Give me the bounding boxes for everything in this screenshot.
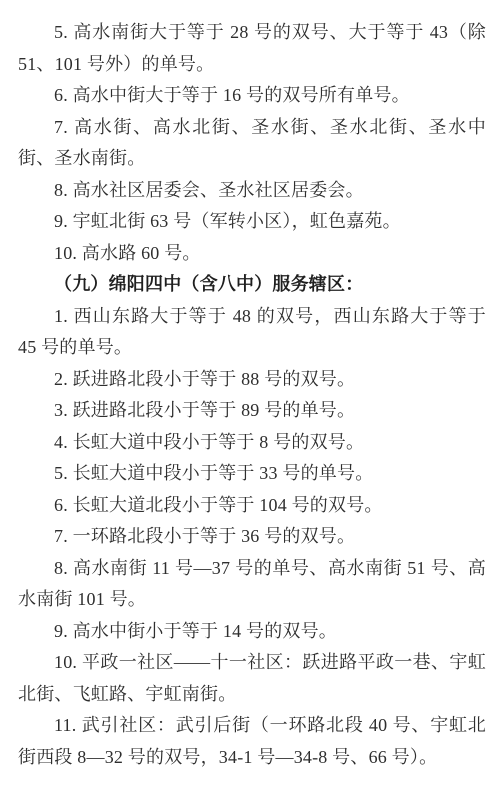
paragraph: 7. 高水街、高水北街、圣水街、圣水北街、圣水中街、圣水南街。 bbox=[18, 112, 486, 175]
paragraph: 10. 平政一社区——十一社区：跃进路平政一巷、宇虹北街、飞虹路、宇虹南街。 bbox=[18, 647, 486, 710]
paragraph: 10. 高水路 60 号。 bbox=[18, 238, 486, 270]
document-body: 5. 高水南街大于等于 28 号的双号、大于等于 43（除 51、101 号外）… bbox=[18, 17, 486, 773]
paragraph: 5. 高水南街大于等于 28 号的双号、大于等于 43（除 51、101 号外）… bbox=[18, 17, 486, 80]
paragraph: 2. 跃进路北段小于等于 88 号的双号。 bbox=[18, 364, 486, 396]
paragraph: 7. 一环路北段小于等于 36 号的双号。 bbox=[18, 521, 486, 553]
paragraph: 9. 高水中街小于等于 14 号的双号。 bbox=[18, 616, 486, 648]
paragraph: 8. 高水南街 11 号—37 号的单号、高水南街 51 号、高水南街 101 … bbox=[18, 553, 486, 616]
paragraph: 1. 西山东路大于等于 48 的双号，西山东路大于等于 45 号的单号。 bbox=[18, 301, 486, 364]
paragraph: 8. 高水社区居委会、圣水社区居委会。 bbox=[18, 175, 486, 207]
paragraph: 9. 宇虹北街 63 号（军转小区），虹色嘉苑。 bbox=[18, 206, 486, 238]
paragraph: 3. 跃进路北段小于等于 89 号的单号。 bbox=[18, 395, 486, 427]
paragraph: 6. 长虹大道北段小于等于 104 号的双号。 bbox=[18, 490, 486, 522]
paragraph: 11. 武引社区：武引后街（一环路北段 40 号、宇虹北街西段 8—32 号的双… bbox=[18, 710, 486, 773]
section-heading: （九）绵阳四中（含八中）服务辖区： bbox=[18, 269, 486, 301]
document-page: 5. 高水南街大于等于 28 号的双号、大于等于 43（除 51、101 号外）… bbox=[0, 0, 499, 800]
paragraph: 6. 高水中街大于等于 16 号的双号所有单号。 bbox=[18, 80, 486, 112]
paragraph: 5. 长虹大道中段小于等于 33 号的单号。 bbox=[18, 458, 486, 490]
paragraph: 4. 长虹大道中段小于等于 8 号的双号。 bbox=[18, 427, 486, 459]
